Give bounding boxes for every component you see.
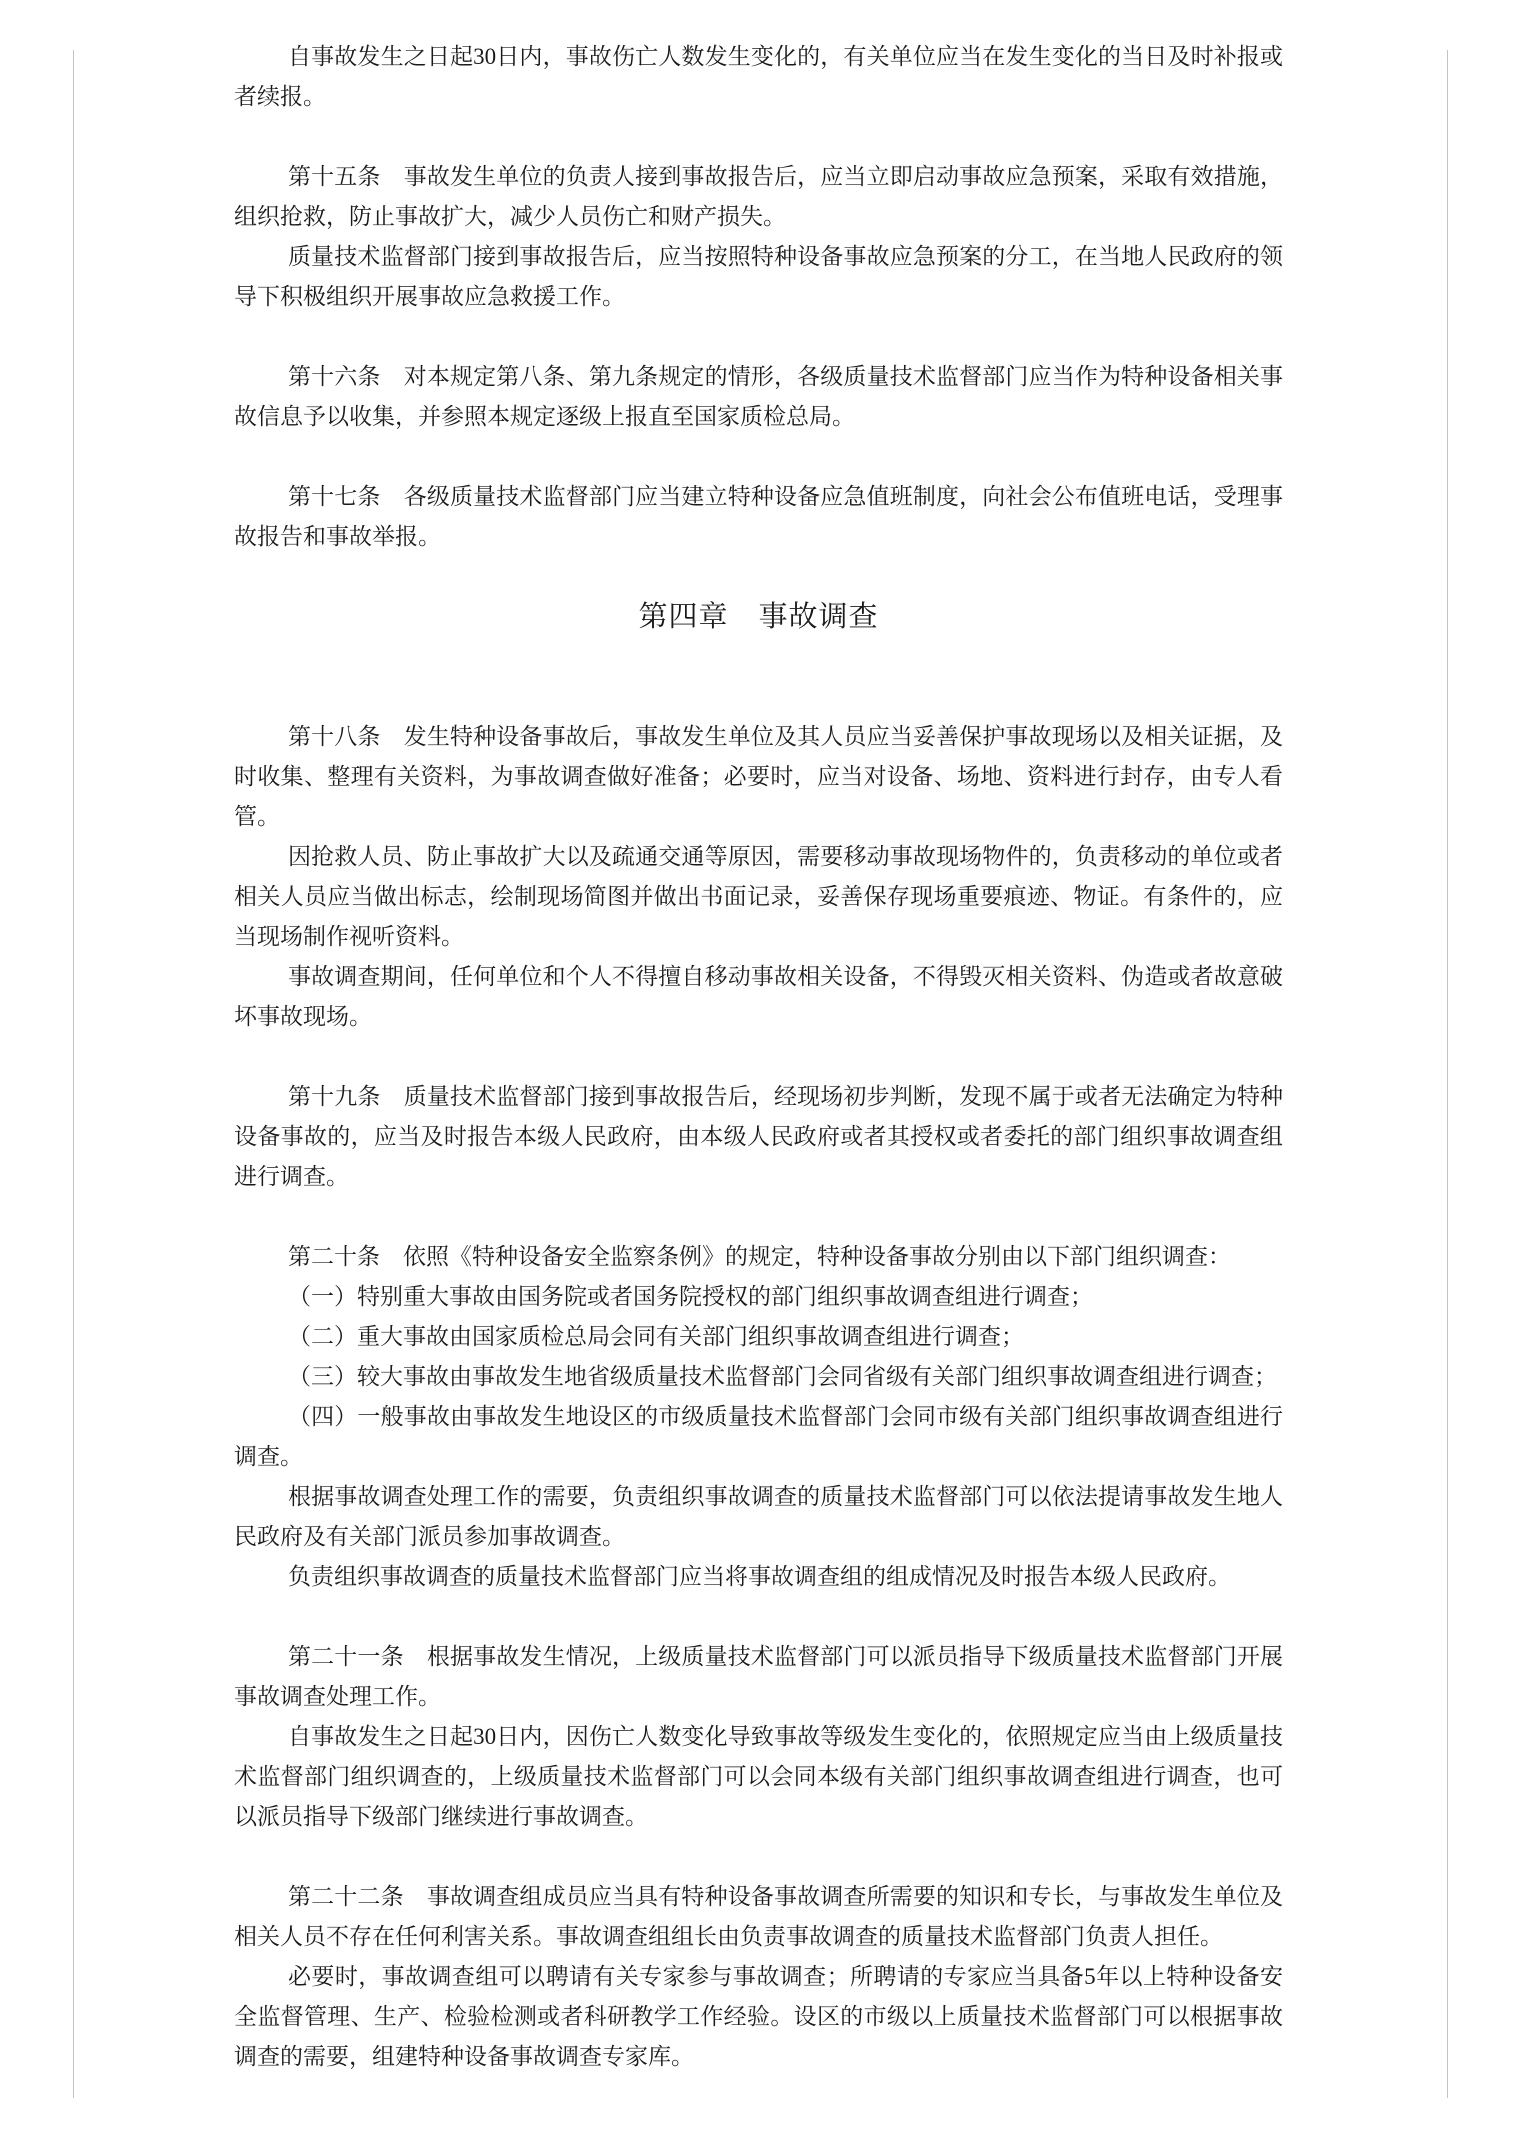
paragraph: 第二十条 依照《特种设备安全监察条例》的规定，特种设备事故分别由以下部门组织调查… <box>234 1237 1283 1277</box>
paragraph: 自事故发生之日起30日内，因伤亡人数变化导致事故等级发生变化的，依照规定应当由上… <box>234 1717 1283 1837</box>
paragraph: （四）一般事故由事故发生地设区的市级质量技术监督部门会同市级有关部门组织事故调查… <box>234 1397 1283 1477</box>
paragraph: （二）重大事故由国家质检总局会同有关部门组织事故调查组进行调查； <box>234 1317 1283 1357</box>
paragraph: 负责组织事故调查的质量技术监督部门应当将事故调查组的组成情况及时报告本级人民政府… <box>234 1557 1283 1597</box>
paragraph: （三）较大事故由事故发生地省级质量技术监督部门会同省级有关部门组织事故调查组进行… <box>234 1357 1283 1397</box>
paragraph: 第十八条 发生特种设备事故后，事故发生单位及其人员应当妥善保护事故现场以及相关证… <box>234 717 1283 837</box>
article-section: 第二十二条 事故调查组成员应当具有特种设备事故调查所需要的知识和专长，与事故发生… <box>234 1877 1283 2077</box>
paragraph: 第二十一条 根据事故发生情况，上级质量技术监督部门可以派员指导下级质量技术监督部… <box>234 1637 1283 1717</box>
paragraph: 第十六条 对本规定第八条、第九条规定的情形，各级质量技术监督部门应当作为特种设备… <box>234 357 1283 437</box>
article-section: 第十九条 质量技术监督部门接到事故报告后，经现场初步判断，发现不属于或者无法确定… <box>234 1077 1283 1197</box>
paragraph: 第十五条 事故发生单位的负责人接到事故报告后，应当立即启动事故应急预案，采取有效… <box>234 157 1283 237</box>
article-section: 第二十一条 根据事故发生情况，上级质量技术监督部门可以派员指导下级质量技术监督部… <box>234 1637 1283 1837</box>
paragraph: 必要时，事故调查组可以聘请有关专家参与事故调查；所聘请的专家应当具备5年以上特种… <box>234 1957 1283 2077</box>
article-section: 第十五条 事故发生单位的负责人接到事故报告后，应当立即启动事故应急预案，采取有效… <box>234 157 1283 317</box>
page-left-edge <box>73 50 74 2098</box>
article-section: 第二十条 依照《特种设备安全监察条例》的规定，特种设备事故分别由以下部门组织调查… <box>234 1237 1283 1597</box>
chapter-heading: 第四章 事故调查 <box>234 597 1283 637</box>
paragraph: 根据事故调查处理工作的需要，负责组织事故调查的质量技术监督部门可以依法提请事故发… <box>234 1477 1283 1557</box>
article-section: 第十六条 对本规定第八条、第九条规定的情形，各级质量技术监督部门应当作为特种设备… <box>234 357 1283 437</box>
paragraph: 第二十二条 事故调查组成员应当具有特种设备事故调查所需要的知识和专长，与事故发生… <box>234 1877 1283 1957</box>
paragraph: 第十九条 质量技术监督部门接到事故报告后，经现场初步判断，发现不属于或者无法确定… <box>234 1077 1283 1197</box>
page-right-edge <box>1447 50 1448 2098</box>
article-section: 自事故发生之日起30日内，事故伤亡人数发生变化的，有关单位应当在发生变化的当日及… <box>234 37 1283 117</box>
paragraph: （一）特别重大事故由国务院或者国务院授权的部门组织事故调查组进行调查； <box>234 1277 1283 1317</box>
paragraph: 第十七条 各级质量技术监督部门应当建立特种设备应急值班制度，向社会公布值班电话，… <box>234 477 1283 557</box>
paragraph: 因抢救人员、防止事故扩大以及疏通交通等原因，需要移动事故现场物件的，负责移动的单… <box>234 837 1283 957</box>
document-content: 自事故发生之日起30日内，事故伤亡人数发生变化的，有关单位应当在发生变化的当日及… <box>234 37 1283 2077</box>
paragraph: 事故调查期间，任何单位和个人不得擅自移动事故相关设备，不得毁灭相关资料、伪造或者… <box>234 957 1283 1037</box>
article-section: 第十七条 各级质量技术监督部门应当建立特种设备应急值班制度，向社会公布值班电话，… <box>234 477 1283 557</box>
paragraph: 自事故发生之日起30日内，事故伤亡人数发生变化的，有关单位应当在发生变化的当日及… <box>234 37 1283 117</box>
article-section: 第十八条 发生特种设备事故后，事故发生单位及其人员应当妥善保护事故现场以及相关证… <box>234 717 1283 1037</box>
paragraph: 质量技术监督部门接到事故报告后，应当按照特种设备事故应急预案的分工，在当地人民政… <box>234 237 1283 317</box>
